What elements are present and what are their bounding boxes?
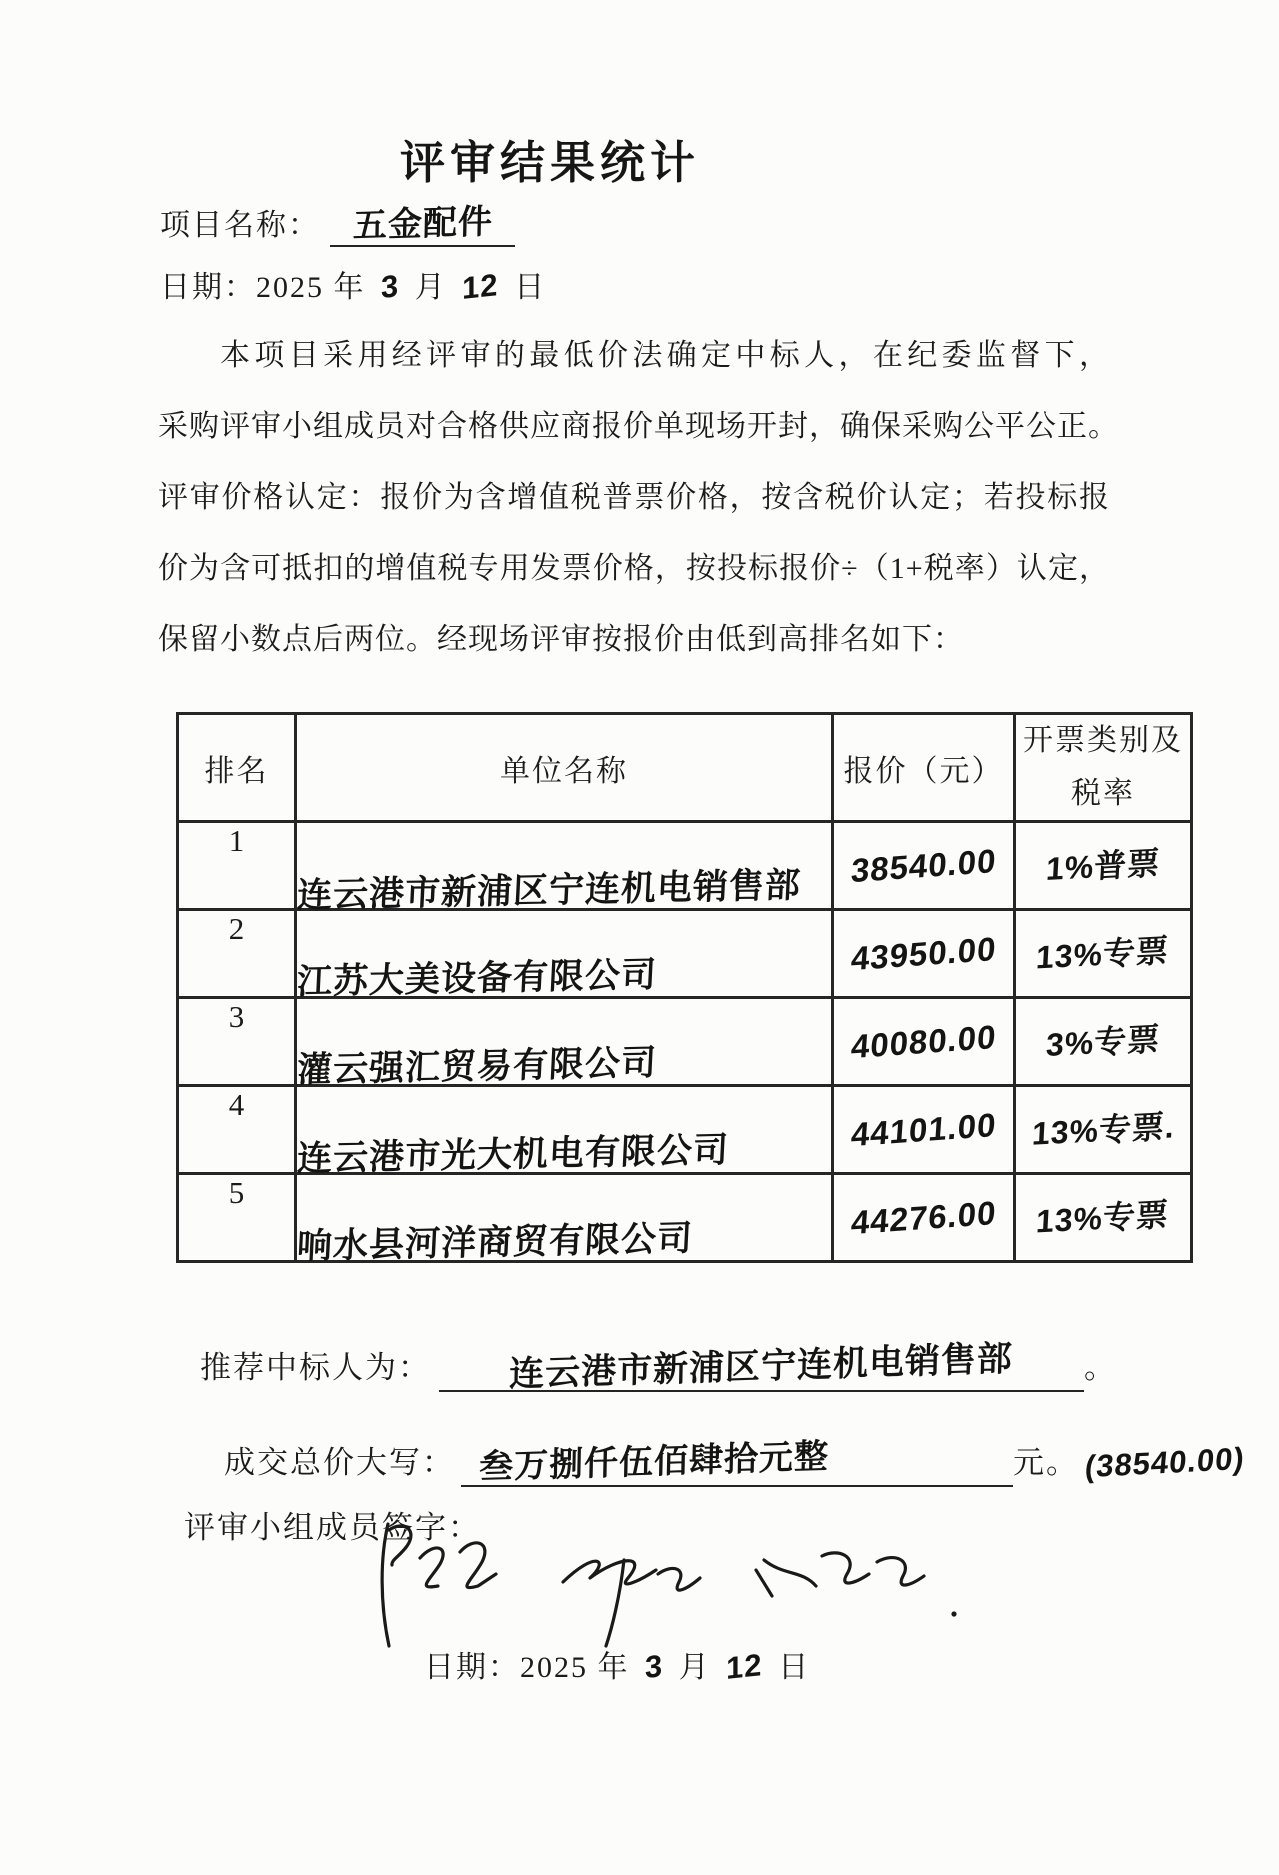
signature-2: [563, 1560, 700, 1646]
company-handwritten: 灌云强汇贸易有限公司: [296, 1045, 658, 1088]
table-header-row: 排名 单位名称 报价（元） 开票类别及 税率: [178, 714, 1192, 822]
total-price-line: 成交总价大写：叁万捌仟伍佰肆拾元整元。(38540.00): [224, 1437, 1245, 1487]
price-cell: 44101.00: [833, 1086, 1015, 1174]
header-rank: 排名: [178, 714, 296, 822]
price-handwritten: 38540.00: [850, 844, 998, 887]
total-price-unit: 元。: [1013, 1445, 1079, 1480]
bottom-date-label: 日期：: [424, 1651, 520, 1684]
table-row: 3 灌云强汇贸易有限公司 40080.00 3%专票: [178, 998, 1192, 1086]
rank-cell: 3: [178, 998, 296, 1086]
bottom-date-year: 2025: [520, 1651, 588, 1684]
header-company: 单位名称: [296, 714, 833, 822]
date-month-unit: 月: [415, 271, 447, 304]
intro-line: 价为含可抵扣的增值税专用发票价格，按投标报价÷（1+税率）认定，: [158, 533, 1110, 604]
company-cell: 连云港市光大机电有限公司: [296, 1086, 833, 1174]
price-handwritten: 44101.00: [850, 1108, 998, 1151]
rank-cell: 5: [178, 1174, 296, 1262]
tax-cell: 13%专票: [1015, 1174, 1192, 1262]
tax-cell: 1%普票: [1015, 822, 1192, 910]
date-year: 2025: [256, 271, 324, 304]
rank-cell: 1: [178, 822, 296, 910]
date-label: 日期：: [160, 271, 256, 304]
table-row: 5 响水县河洋商贸有限公司 44276.00 13%专票: [178, 1174, 1192, 1262]
tax-handwritten: 1%普票: [1045, 846, 1161, 884]
price-handwritten: 43950.00: [850, 932, 998, 975]
total-price-handwritten-amount: (38540.00): [1084, 1443, 1246, 1483]
ranking-table: 排名 单位名称 报价（元） 开票类别及 税率 1 连云港市新浦区宁连机电销售部 …: [176, 712, 1193, 1263]
date-day-handwritten: 12: [462, 269, 498, 304]
project-name-underline: 五金配件: [330, 207, 515, 247]
bottom-date-year-unit: 年: [598, 1651, 630, 1684]
price-handwritten: 44276.00: [850, 1196, 998, 1239]
table-row: 2 江苏大美设备有限公司 43950.00 13%专票: [178, 910, 1192, 998]
total-price-label: 成交总价大写：: [224, 1445, 455, 1480]
header-tax-line2: 税率: [1016, 768, 1190, 821]
bottom-date-day-unit: 日: [778, 1651, 810, 1684]
intro-line: 采购评审小组成员对合格供应商报价单现场开封，确保采购公平公正。: [158, 391, 1110, 462]
recommended-winner-label: 推荐中标人为：: [200, 1350, 431, 1385]
tax-cell: 13%专票: [1015, 910, 1192, 998]
bottom-date-month-unit: 月: [679, 1651, 711, 1684]
tax-handwritten: 13%专票: [1036, 1198, 1171, 1237]
intro-line: 评审价格认定：报价为含增值税普票价格，按含税价认定；若投标报: [158, 462, 1110, 533]
date-year-unit: 年: [334, 271, 366, 304]
tax-handwritten: 13%专票: [1036, 934, 1171, 973]
bottom-date-line: 日期：2025 年 3 月 12 日: [424, 1642, 810, 1686]
price-cell: 40080.00: [833, 998, 1015, 1086]
company-handwritten: 江苏大美设备有限公司: [296, 957, 658, 1000]
signature-period-dot: [951, 1611, 956, 1616]
total-price-underline: 叁万捌仟伍佰肆拾元整: [461, 1445, 1013, 1487]
header-tax-line1: 开票类别及: [1016, 715, 1190, 768]
recommended-winner-underline: 连云港市新浦区宁连机电销售部: [439, 1349, 1084, 1392]
company-handwritten: 连云港市新浦区宁连机电销售部: [296, 868, 802, 914]
price-handwritten: 40080.00: [850, 1020, 998, 1063]
bottom-date-month-handwritten: 3: [645, 1650, 663, 1683]
date-month-handwritten: 3: [381, 270, 399, 303]
table-row: 4 连云港市光大机电有限公司 44101.00 13%专票.: [178, 1086, 1192, 1174]
total-price-handwritten-words: 叁万捌仟伍佰肆拾元整: [479, 1439, 830, 1484]
company-cell: 江苏大美设备有限公司: [296, 910, 833, 998]
company-handwritten: 连云港市光大机电有限公司: [296, 1132, 730, 1176]
recommended-winner-line: 推荐中标人为：连云港市新浦区宁连机电销售部。: [200, 1342, 1117, 1392]
company-cell: 连云港市新浦区宁连机电销售部: [296, 822, 833, 910]
signature-1: [382, 1524, 496, 1646]
project-name-label: 项目名称：: [160, 209, 320, 242]
signatures-area: [358, 1516, 978, 1656]
company-cell: 灌云强汇贸易有限公司: [296, 998, 833, 1086]
recommended-winner-handwritten: 连云港市新浦区宁连机电销售部: [509, 1341, 1014, 1392]
bottom-date-day-handwritten: 12: [726, 1649, 762, 1684]
company-handwritten: 响水县河洋商贸有限公司: [296, 1221, 694, 1264]
intro-line: 保留小数点后两位。经现场评审按报价由低到高排名如下：: [158, 604, 1110, 675]
rank-cell: 4: [178, 1086, 296, 1174]
tax-cell: 13%专票.: [1015, 1086, 1192, 1174]
signature-3: [756, 1553, 924, 1596]
tax-cell: 3%专票: [1015, 998, 1192, 1086]
table-row: 1 连云港市新浦区宁连机电销售部 38540.00 1%普票: [178, 822, 1192, 910]
tax-handwritten: 3%专票: [1045, 1022, 1161, 1060]
company-cell: 响水县河洋商贸有限公司: [296, 1174, 833, 1262]
project-name-handwritten-value: 五金配件: [352, 205, 493, 243]
header-price: 报价（元）: [833, 714, 1015, 822]
scanned-document-page: 评审结果统计 项目名称：五金配件 日期：2025 年 3 月 12 日 本项目采…: [0, 0, 1279, 1875]
intro-line: 本项目采用经评审的最低价法确定中标人，在纪委监督下，: [158, 320, 1110, 391]
price-cell: 38540.00: [833, 822, 1015, 910]
date-line: 日期：2025 年 3 月 12 日: [160, 262, 546, 306]
header-tax: 开票类别及 税率: [1015, 714, 1192, 822]
project-name-line: 项目名称：五金配件: [160, 200, 515, 247]
date-day-unit: 日: [514, 271, 546, 304]
document-title: 评审结果统计: [150, 126, 950, 191]
recommended-winner-period: 。: [1084, 1350, 1117, 1385]
tax-handwritten: 13%专票.: [1031, 1110, 1175, 1150]
rank-cell: 2: [178, 910, 296, 998]
intro-paragraph: 本项目采用经评审的最低价法确定中标人，在纪委监督下， 采购评审小组成员对合格供应…: [158, 320, 1110, 675]
price-cell: 44276.00: [833, 1174, 1015, 1262]
price-cell: 43950.00: [833, 910, 1015, 998]
